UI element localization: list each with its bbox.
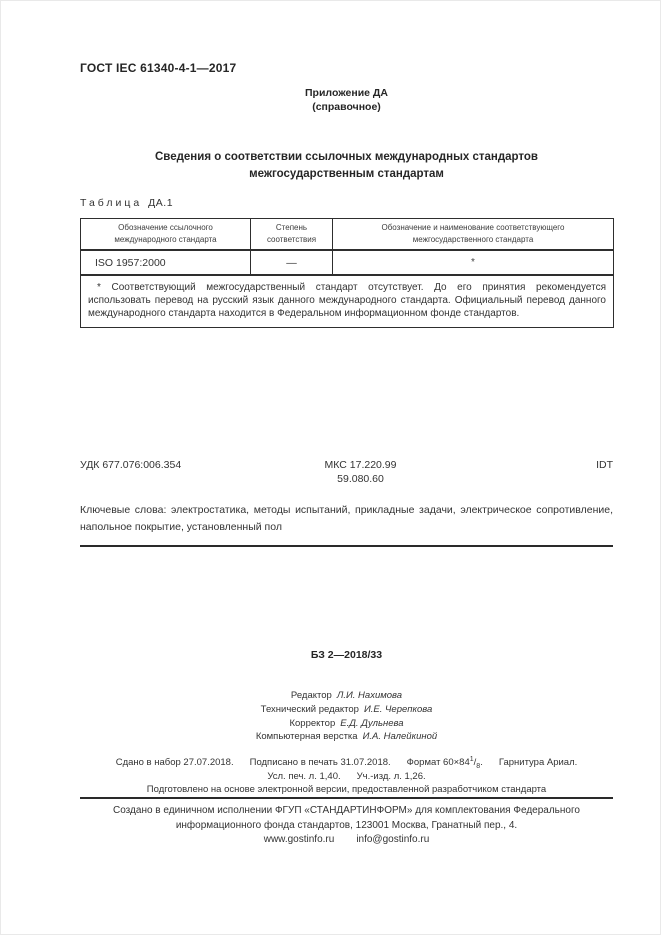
table-row: ISO 1957:2000 — * bbox=[81, 250, 614, 275]
credit-line-editor: РедакторЛ.И. Нахимова bbox=[80, 689, 613, 703]
credit-name: Е.Д. Дульнева bbox=[340, 718, 403, 729]
mks-codes: МКС 17.220.99 59.080.60 bbox=[325, 459, 397, 486]
document-page: ГОСТ IEC 61340-4-1—2017 Приложение ДА (с… bbox=[0, 0, 661, 935]
cell-reference-standard: ISO 1957:2000 bbox=[81, 250, 251, 275]
horizontal-rule-top bbox=[80, 545, 613, 547]
col-header-line: соответствия bbox=[255, 234, 328, 246]
imprint-format: Формат 60×841/8. bbox=[407, 757, 483, 768]
col-header-line: Обозначение и наименование соответствующ… bbox=[337, 222, 609, 234]
publisher-line2: информационного фонда стандартов, 123001… bbox=[80, 819, 613, 834]
mks-code-line1: МКС 17.220.99 bbox=[325, 459, 397, 473]
imprint-line3: Подготовлено на основе электронной верси… bbox=[80, 783, 613, 797]
col-header-reference-standard: Обозначение ссылочного международного ст… bbox=[81, 219, 251, 251]
credit-label: Корректор bbox=[289, 718, 335, 729]
table-footnote-text: * Соответствующий межгосударственный ста… bbox=[88, 281, 606, 321]
imprint-block: Сдано в набор 27.07.2018.Подписано в печ… bbox=[80, 756, 613, 797]
credit-name: И.Е. Черепкова bbox=[364, 704, 432, 715]
imprint-typeface: Гарнитура Ариал. bbox=[499, 757, 577, 768]
publisher-contacts: www.gostinfo.ruinfo@gostinfo.ru bbox=[80, 833, 613, 848]
imprint-format-prefix: Формат 60×84 bbox=[407, 757, 470, 768]
col-header-line: Степень bbox=[255, 222, 328, 234]
publisher-line1: Создано в единичном исполнении ФГУП «СТА… bbox=[80, 804, 613, 819]
col-header-line: Обозначение ссылочного bbox=[85, 222, 246, 234]
classification-row: УДК 677.076:006.354 МКС 17.220.99 59.080… bbox=[80, 459, 613, 489]
credit-label: Редактор bbox=[291, 690, 332, 701]
publisher-block: Создано в единичном исполнении ФГУП «СТА… bbox=[80, 804, 613, 848]
standard-code-header: ГОСТ IEC 61340-4-1—2017 bbox=[80, 61, 613, 75]
keywords-paragraph: Ключевые слова: электростатика, методы и… bbox=[80, 502, 613, 535]
col-header-corresponding-standard: Обозначение и наименование соответствующ… bbox=[333, 219, 614, 251]
idt-label: IDT bbox=[596, 459, 613, 471]
table-caption: ТаблицаДА.1 bbox=[80, 197, 613, 209]
horizontal-rule-bottom bbox=[80, 797, 613, 799]
imprint-print-date: Подписано в печать 31.07.2018. bbox=[250, 757, 391, 768]
credits-block: РедакторЛ.И. Нахимова Технический редакт… bbox=[80, 689, 613, 744]
imprint-cond-sheets: Усл. печ. л. 1,40. bbox=[267, 771, 340, 782]
annex-heading: Приложение ДА (справочное) bbox=[80, 86, 613, 114]
col-header-line: межгосударственного стандарта bbox=[337, 234, 609, 246]
bz-code: БЗ 2—2018/33 bbox=[80, 649, 613, 661]
imprint-line2: Усл. печ. л. 1,40.Уч.-изд. л. 1,26. bbox=[80, 770, 613, 784]
document-title-line1: Сведения о соответствии ссылочных междун… bbox=[80, 149, 613, 166]
col-header-degree: Степень соответствия bbox=[251, 219, 333, 251]
credit-label: Технический редактор bbox=[261, 704, 359, 715]
credit-name: Л.И. Нахимова bbox=[337, 690, 402, 701]
annex-type: (справочное) bbox=[80, 100, 613, 114]
credit-label: Компьютерная верстка bbox=[256, 731, 358, 742]
annex-title: Приложение ДА bbox=[80, 86, 613, 100]
imprint-format-period: . bbox=[480, 757, 483, 768]
credit-name: И.А. Налейкиной bbox=[363, 731, 438, 742]
publisher-email: info@gostinfo.ru bbox=[356, 834, 429, 845]
cell-degree: — bbox=[251, 250, 333, 275]
credit-line-technical-editor: Технический редакторИ.Е. Черепкова bbox=[80, 703, 613, 717]
document-title: Сведения о соответствии ссылочных междун… bbox=[80, 149, 613, 182]
correspondence-table: Обозначение ссылочного международного ст… bbox=[80, 218, 614, 328]
mks-code-line2: 59.080.60 bbox=[325, 473, 397, 487]
table-caption-number: ДА.1 bbox=[148, 197, 173, 209]
table-header-row: Обозначение ссылочного международного ст… bbox=[81, 219, 614, 251]
document-title-line2: межгосударственным стандартам bbox=[80, 166, 613, 183]
imprint-set-date: Сдано в набор 27.07.2018. bbox=[116, 757, 234, 768]
publisher-website: www.gostinfo.ru bbox=[264, 834, 335, 845]
credit-line-layout: Компьютерная версткаИ.А. Налейкиной bbox=[80, 730, 613, 744]
table-footnote-row: * Соответствующий межгосударственный ста… bbox=[81, 275, 614, 327]
imprint-line1: Сдано в набор 27.07.2018.Подписано в печ… bbox=[80, 756, 613, 770]
credit-line-proofreader: КорректорЕ.Д. Дульнева bbox=[80, 717, 613, 731]
cell-corresponding-standard: * bbox=[333, 250, 614, 275]
col-header-line: международного стандарта bbox=[85, 234, 246, 246]
udk-code: УДК 677.076:006.354 bbox=[80, 459, 181, 471]
table-caption-label: Таблица bbox=[80, 197, 142, 209]
imprint-pub-sheets: Уч.-изд. л. 1,26. bbox=[357, 771, 426, 782]
table-footnote: * Соответствующий межгосударственный ста… bbox=[81, 275, 614, 327]
